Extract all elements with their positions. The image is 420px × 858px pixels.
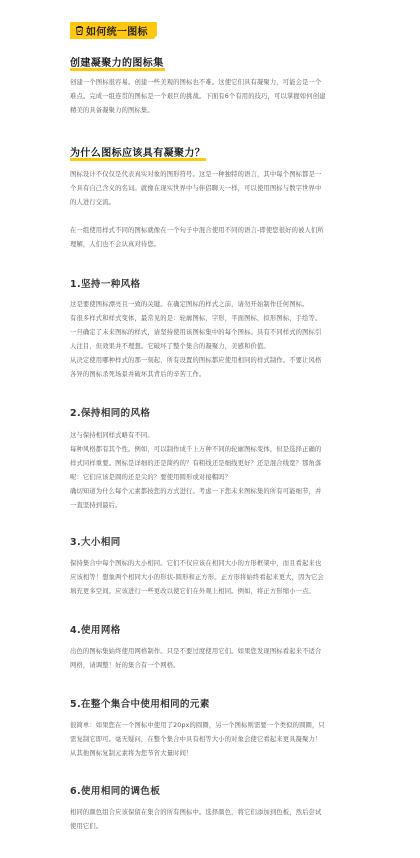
- text-line: 一旦确定了未来图标的样式，请坚持使用该图标集中的每个图标。具有不同样式的图标引: [70, 326, 350, 340]
- text-line: 在一组使用样式不同的图标就像在一个句子中混合使用不同的语言-即使您很好的被人们所: [70, 224, 350, 238]
- text-line: 每种风格都有其个性。例如，可以制作成千上万种不同的轮廓图标变体，但是选择正确的: [70, 443, 350, 457]
- text-line: 图标设计不仅仅是代表真实对象的图形符号。这是一种独特的语言，其中每个图标都是一: [70, 168, 350, 182]
- tip-2-heading: 2.保持相同的风格: [70, 408, 150, 420]
- text-line: 样式同样重要。图标是详细的还是简约的？有粗线还是细线更好？还是混合线宽？那角落: [70, 457, 350, 471]
- why-heading: 为什么图标应该具有凝聚力？: [70, 148, 206, 161]
- text-line: 出色的图标集始终使用网格制作。只是不要过度使用它们。如果您发现图标看起来不适合: [70, 645, 350, 659]
- why-paragraph-2: 在一组使用样式不同的图标就像在一个句子中混合使用不同的语言-即使您很好的被人们所…: [70, 224, 350, 252]
- tip-3-heading: 3.大小相同: [70, 537, 121, 549]
- intro-paragraph: 创建一个图标很容易。创建一些美观的图标也不难。这使它们具有凝聚力，可能会是一个 …: [70, 76, 350, 118]
- text-line: 网格，请调整！好的集合有一个网格。: [70, 659, 350, 673]
- tip-2-paragraph: 这与保持相同样式略有不同。 每种风格都有其个性。例如，可以制作成千上万种不同的轮…: [70, 429, 350, 513]
- text-line: 理解，人们也不会认真对待您。: [70, 238, 350, 252]
- text-line: 保持集合中每个图标的大小相同。它们不仅应该在相同大小的方形框架中，而且看起来也: [70, 557, 350, 571]
- tip-6-heading: 6.使用相同的调色板: [70, 786, 160, 798]
- text-line: 从决定使用哪种样式的那一刻起，所有设置的图标都应使用相同的样式制作。不要让风格: [70, 354, 350, 368]
- text-line: 的人进行交流。: [70, 196, 350, 210]
- text-line: 这是要使图标漂亮且一致的关键。在确定图标的样式之前，请勿开始制作任何图标。: [70, 298, 350, 312]
- text-line: 个具有自己含义的名词。就像在现实世界中与伴侣聊天一样，可以使用图标与数字世界中: [70, 182, 350, 196]
- tip-1-heading: 1.坚持一种风格: [70, 279, 140, 291]
- tip-6-paragraph: 相同的颜色组合应该保留在集合的所有图标中。选择颜色，将它们添加到色板，然后尝试 …: [70, 806, 350, 834]
- text-line: 使用它们。: [70, 820, 350, 834]
- text-line: 应该相等！想象两个相同大小的形状-圆形和正方形。正方形将始终看起来更大，因为它会: [70, 571, 350, 585]
- text-line: 呢：它们应该是圆的还是尖的？要使用圆形或对接帽吗？: [70, 471, 350, 485]
- text-line: 从其他图标复制元素将为您节省大量时间！: [70, 747, 350, 761]
- text-line: 填充更多空间。应该进行一些更改以使它们在外观上相同。例如，将正方形缩小一点。: [70, 585, 350, 599]
- title-badge: 如何统一图标: [70, 22, 157, 39]
- text-line: 这与保持相同样式略有不同。: [70, 429, 350, 443]
- text-line: 很简单：如果您在一个图标中使用了20px的圆圈，另一个图标则需要一个类似的圆圈，…: [70, 719, 350, 733]
- why-paragraph-1: 图标设计不仅仅是代表真实对象的图形符号。这是一种独特的语言，其中每个图标都是一 …: [70, 168, 350, 210]
- text-line: 难点。完成一组连贯的图标是一个艰巨的挑战。下面有6个有用的技巧，可以掌握如何创建: [70, 90, 350, 104]
- cup-icon: [76, 26, 83, 35]
- text-line: 人注目，但效果并不理想。它破坏了整个集合的凝聚力，美感和价值。: [70, 340, 350, 354]
- text-line: 确切知道为什么每个元素都按您的方式进行。考虑一下您未来图标集的所有可能细节，并: [70, 485, 350, 499]
- text-line: 各异的图标杀死场景并破坏其背后的辛苦工作。: [70, 368, 350, 382]
- title-badge-label: 如何统一图标: [86, 23, 148, 38]
- tip-5-heading: 5.在整个集合中使用相同的元素: [70, 699, 210, 711]
- text-line: 精美的具备凝聚力的图标集。: [70, 104, 350, 118]
- tip-3-paragraph: 保持集合中每个图标的大小相同。它们不仅应该在相同大小的方形框架中，而且看起来也 …: [70, 557, 350, 599]
- tip-1-paragraph: 这是要使图标漂亮且一致的关键。在确定图标的样式之前，请勿开始制作任何图标。 有很…: [70, 298, 350, 382]
- tip-5-paragraph: 很简单：如果您在一个图标中使用了20px的圆圈，另一个图标则需要一个类似的圆圈，…: [70, 719, 350, 761]
- text-line: 需复制它即可。毫无疑问，在整个集合中具有相等大小的对象会使它看起来更具凝聚力！: [70, 733, 350, 747]
- intro-heading: 创建凝聚力的图标集: [70, 58, 165, 71]
- text-line: 创建一个图标很容易。创建一些美观的图标也不难。这使它们具有凝聚力，可能会是一个: [70, 76, 350, 90]
- text-line: 一直坚持到最后。: [70, 499, 350, 513]
- text-line: 相同的颜色组合应该保留在集合的所有图标中。选择颜色，将它们添加到色板，然后尝试: [70, 806, 350, 820]
- tip-4-heading: 4.使用网格: [70, 625, 121, 637]
- text-line: 有很多样式和样式变体，最常见的是：轮廓图标，字形，平面图标，拟形图标，手绘等。: [70, 312, 350, 326]
- tip-4-paragraph: 出色的图标集始终使用网格制作。只是不要过度使用它们。如果您发现图标看起来不适合 …: [70, 645, 350, 673]
